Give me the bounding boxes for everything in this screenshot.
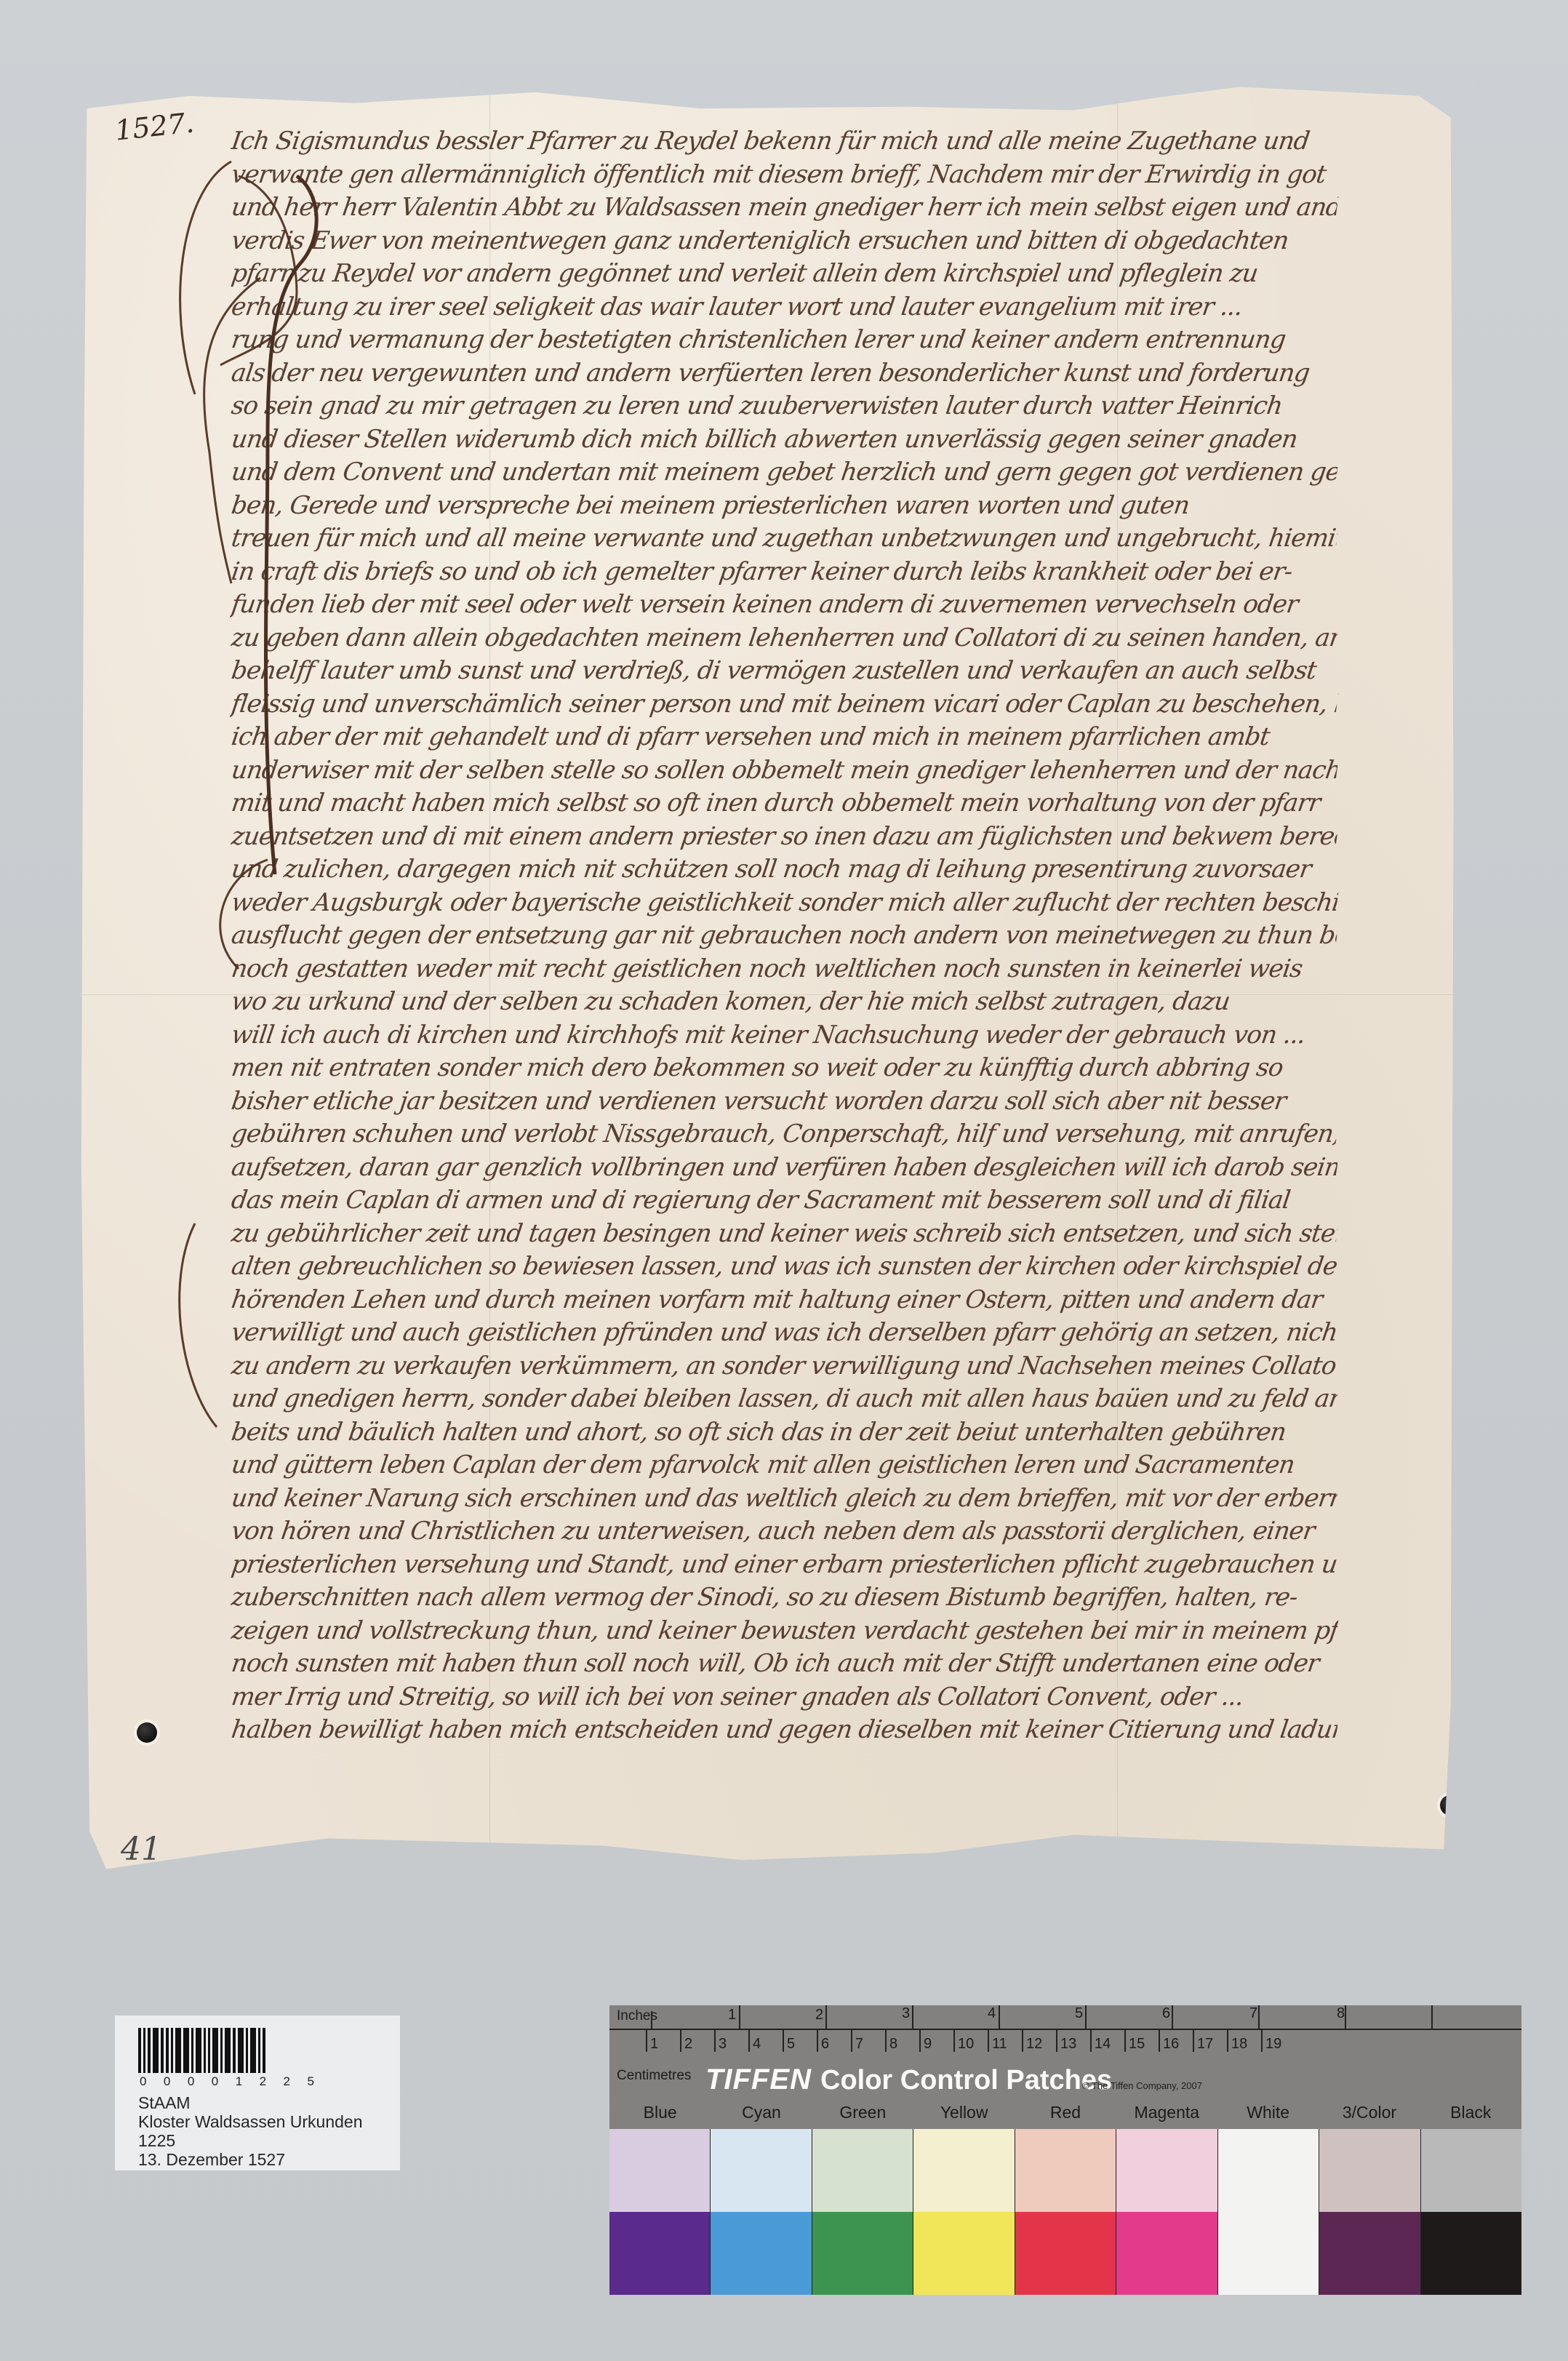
manuscript-line: underwiser mit der selben stelle so soll…: [229, 756, 1339, 789]
manuscript-line: wo zu urkund und der selben zu schaden k…: [229, 987, 1339, 1020]
manuscript-line: alten gebreuchlichen so bewiesen lassen,…: [229, 1252, 1339, 1285]
barcode-digit: 0: [188, 2074, 194, 2089]
manuscript-line: mit und macht haben mich selbst so oft i…: [229, 788, 1339, 822]
inch-mark: 7: [1249, 2005, 1257, 2022]
cm-mark: 14: [1095, 2036, 1111, 2053]
manuscript-line: bisher etliche jar besitzen und verdiene…: [229, 1087, 1339, 1120]
patch-black: [1421, 2129, 1521, 2295]
manuscript-line: und dieser Stellen widerumb dich mich bi…: [229, 425, 1339, 458]
color-patches: [609, 2129, 1521, 2295]
manuscript-line: fleissig und unverschämlich seiner perso…: [229, 690, 1339, 723]
patch-label: White: [1217, 2103, 1319, 2129]
chart-header: Inches 1 2 3 4 5 6 7 8: [609, 2005, 1521, 2129]
margin-year-note: 1527.: [113, 106, 196, 146]
patch-label: Black: [1420, 2103, 1521, 2129]
manuscript-line: noch gestatten weder mit recht geistlich…: [229, 954, 1339, 988]
cm-mark: 19: [1265, 2036, 1281, 2053]
cm-mark: 4: [753, 2036, 761, 2053]
manuscript-line: halben bewilligt haben mich entscheiden …: [229, 1715, 1339, 1749]
patch-labels: Blue Cyan Green Yellow Red Magenta White…: [609, 2103, 1521, 2129]
inch-mark: 2: [815, 2007, 823, 2024]
patch-label: Magenta: [1116, 2103, 1217, 2129]
manuscript-line: und herr herr Valentin Abbt zu Waldsasse…: [229, 193, 1339, 226]
punch-hole-icon: [137, 1722, 157, 1743]
barcode-digit: 1: [236, 2074, 242, 2089]
manuscript-line: zuberschnitten nach allem vermog der Sin…: [229, 1583, 1339, 1616]
manuscript-line: ich aber der mit gehandelt und di pfarr …: [229, 722, 1339, 756]
manuscript-line: funden lieb der mit seel oder welt verse…: [229, 590, 1339, 623]
manuscript-line: beits und bäulich halten und ahort, so o…: [229, 1418, 1339, 1451]
cm-mark: 6: [821, 2036, 829, 2053]
manuscript-line: noch sunsten mit haben thun soll noch wi…: [229, 1649, 1339, 1682]
patch-white: [1218, 2129, 1319, 2295]
manuscript-line: behelff lauter umb sunst und verdrieß, d…: [229, 656, 1339, 690]
manuscript-sheet: 1527. Ich Sigismundus bessler Pfarrer zu…: [79, 81, 1460, 1885]
cm-mark: 3: [719, 2036, 727, 2053]
cm-mark: 8: [889, 2036, 897, 2053]
manuscript-line: men nit entraten sonder mich dero bekomm…: [229, 1053, 1339, 1087]
inch-mark: 6: [1162, 2005, 1170, 2022]
manuscript-line: zu gebührlicher zeit und tagen besingen …: [229, 1219, 1339, 1253]
cm-mark: 10: [958, 2036, 974, 2053]
ruler-cm-label: Centimetres: [617, 2068, 691, 2084]
patch-3color: [1319, 2129, 1420, 2295]
manuscript-line: verwilligt und auch geistlichen pfründen…: [229, 1318, 1339, 1351]
cm-mark: 12: [1026, 2036, 1042, 2053]
manuscript-line: verdis Ewer von meinentwegen ganz undert…: [229, 226, 1339, 260]
barcode-digit: 0: [140, 2074, 146, 2089]
barcode-digit: 5: [307, 2074, 313, 2089]
patch-green: [812, 2129, 913, 2295]
color-control-chart: Inches 1 2 3 4 5 6 7 8: [609, 2005, 1521, 2296]
patch-label: Red: [1015, 2103, 1116, 2129]
inch-ruler: Inches 1 2 3 4 5 6 7 8: [609, 2005, 1521, 2030]
patch-red: [1015, 2129, 1116, 2295]
manuscript-line: das mein Caplan di armen und di regierun…: [229, 1186, 1339, 1219]
cm-mark: 15: [1129, 2036, 1145, 2053]
cm-mark: 17: [1197, 2036, 1213, 2053]
label-date: 13. Dezember 1527: [138, 2150, 363, 2169]
cm-mark: 16: [1163, 2036, 1179, 2053]
patch-label: Green: [812, 2103, 913, 2129]
manuscript-line: als der neu vergewunten und andern verfü…: [229, 359, 1339, 392]
patch-label: 3/Color: [1319, 2103, 1420, 2129]
handwritten-text-block: Ich Sigismundus bessler Pfarrer zu Reyde…: [231, 127, 1337, 1749]
cm-mark: 18: [1231, 2036, 1247, 2053]
inch-mark: 3: [902, 2005, 910, 2022]
archive-label: 0 0 0 0 1 2 2 5 StAAM Kloster Waldsassen…: [115, 2016, 400, 2170]
barcode-icon: [138, 2028, 265, 2073]
patch-label: Blue: [609, 2103, 711, 2129]
chart-title: Color Control Patches: [820, 2065, 1112, 2096]
manuscript-line: zu geben dann allein obgedachten meinem …: [229, 623, 1339, 657]
manuscript-line: in craft dis briefs so und ob ich gemelt…: [229, 557, 1339, 591]
cm-mark: 9: [924, 2036, 932, 2053]
cm-mark: 13: [1060, 2036, 1076, 2053]
manuscript-line: von hören und Christlichen zu unterweise…: [229, 1517, 1339, 1550]
label-number: 1225: [138, 2131, 363, 2150]
manuscript-line: priesterlichen versehung und Standt, und…: [229, 1550, 1339, 1583]
manuscript-line: Ich Sigismundus bessler Pfarrer zu Reyde…: [229, 127, 1339, 160]
cm-mark: 11: [992, 2036, 1007, 2053]
manuscript-line: weder Augsburgk oder bayerische geistlic…: [229, 888, 1339, 922]
manuscript-line: und gnedigen herrn, sonder dabei bleiben…: [229, 1384, 1339, 1418]
manuscript-line: ben, Gerede und verspreche bei meinem pr…: [229, 491, 1339, 524]
manuscript-line: rung und vermanung der bestetigten chris…: [229, 325, 1339, 359]
patch-label: Cyan: [711, 2103, 812, 2129]
manuscript-line: und zulichen, dargegen mich nit schützen…: [229, 855, 1339, 888]
inch-mark: 5: [1075, 2005, 1083, 2022]
manuscript-line: verwante gen allermänniglich öffentlich …: [229, 160, 1339, 193]
barcode-digit: 2: [284, 2074, 290, 2089]
manuscript-line: ausflucht gegen der entsetzung gar nit g…: [229, 921, 1339, 954]
cm-ruler: 1 2 3 4 5 6 7 8 9 10 11 12 13 14 15 16 1…: [609, 2030, 1521, 2059]
barcode-digit: 0: [164, 2074, 170, 2089]
manuscript-line: zeigen und vollstreckung thun, und keine…: [229, 1616, 1339, 1650]
patch-yellow: [913, 2129, 1015, 2295]
cm-mark: 1: [650, 2036, 658, 2053]
manuscript-line: will ich auch di kirchen und kirchhofs m…: [229, 1020, 1339, 1054]
manuscript-line: aufsetzen, daran gar genzlich vollbringe…: [229, 1153, 1339, 1186]
manuscript-line: erhaltung zu irer seel seligkeit das wai…: [229, 292, 1339, 326]
inch-mark: 8: [1337, 2005, 1345, 2022]
label-collection: Kloster Waldsassen Urkunden: [138, 2112, 363, 2131]
manuscript-line: und keiner Narung sich erschinen und das…: [229, 1484, 1339, 1517]
barcode-digit: 0: [212, 2074, 218, 2089]
tiffen-logo: TIFFEN: [705, 2064, 812, 2096]
chart-copyright: © The Tiffen Company, 2007: [1082, 2080, 1202, 2091]
manuscript-line: zu andern zu verkaufen verkümmern, an so…: [229, 1351, 1339, 1385]
manuscript-line: zuentsetzen und di mit einem andern prie…: [229, 822, 1339, 855]
patch-magenta: [1116, 2129, 1217, 2295]
cm-mark: 5: [787, 2036, 795, 2053]
manuscript-line: und dem Convent und undertan mit meinem …: [229, 458, 1339, 491]
patch-blue: [609, 2129, 711, 2295]
barcode-digits: 0 0 0 0 1 2 2 5: [140, 2074, 314, 2089]
manuscript-line: mer Irrig und Streitig, so will ich bei …: [229, 1682, 1339, 1716]
manuscript-line: und güttern leben Caplan der dem pfarvol…: [229, 1450, 1339, 1484]
manuscript-line: gebühren schuhen und verlobt Nissgebrauc…: [229, 1119, 1339, 1153]
patch-cyan: [711, 2129, 812, 2295]
inch-mark: 1: [728, 2007, 736, 2024]
inch-mark: 4: [988, 2005, 996, 2022]
barcode-digit: 2: [260, 2074, 266, 2089]
manuscript-line: so sein gnad zu mir getragen zu leren un…: [229, 391, 1339, 425]
label-text: StAAM Kloster Waldsassen Urkunden 1225 1…: [138, 2093, 363, 2169]
patch-label: Yellow: [913, 2103, 1015, 2129]
label-institution: StAAM: [138, 2093, 363, 2112]
cm-mark: 2: [684, 2036, 692, 2053]
manuscript-line: pfarr zu Reydel vor andern gegönnet und …: [229, 259, 1339, 292]
manuscript-line: treuen für mich und all meine verwante u…: [229, 524, 1339, 557]
cm-mark: 7: [855, 2036, 863, 2053]
manuscript-line: hörenden Lehen und durch meinen vorfarn …: [229, 1285, 1339, 1319]
